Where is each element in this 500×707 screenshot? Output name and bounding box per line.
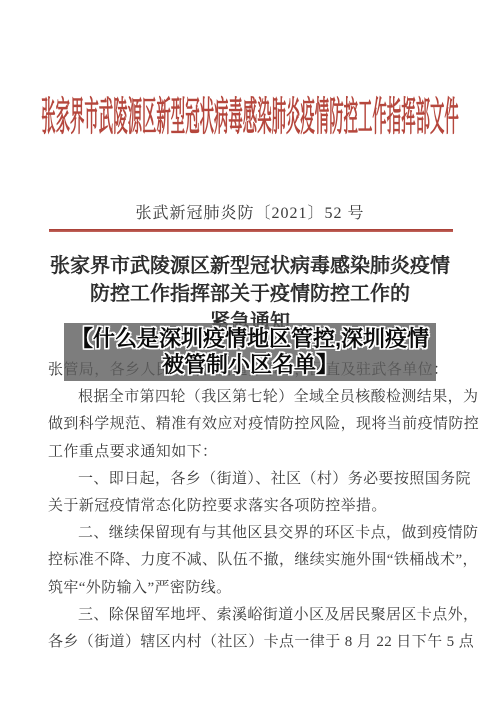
body-paragraph: 根据全市第四轮（我区第七轮）全域全员核酸检测结果，为 做到科学规范、精准有效应对… — [48, 384, 460, 466]
body-paragraph: 二、继续保留现有与其他区县交界的环区卡点，做到疫情防 控标准不降、力度不减、队伍… — [48, 520, 460, 602]
caption-overlay-text: 【什么是深圳疫情地区管控,深圳疫情 被管制小区名单】 — [0, 326, 500, 378]
letterhead-org-banner: 张家界市武陵源区新型冠状病毒感染肺炎疫情防控工作指挥部文件 — [0, 86, 500, 140]
document-number: 张武新冠肺炎防〔2021〕52 号 — [0, 200, 500, 223]
body-paragraph: 三、除保留军地坪、索溪峪街道小区及居民聚居区卡点外， 各乡（街道）辖区内村（社区… — [48, 602, 460, 656]
red-separator-line — [49, 229, 453, 232]
body-paragraph: 一、即日起，各乡（街道）、社区（村）务必要按照国务院 关于新冠疫情常态化防控要求… — [48, 466, 460, 520]
document-body: 张管局，各乡人民政府、街道办事处，区直及驻武各单位： 根据全市第四轮（我区第七轮… — [48, 357, 460, 656]
document-page: 张家界市武陵源区新型冠状病毒感染肺炎疫情防控工作指挥部文件 张武新冠肺炎防〔20… — [0, 0, 500, 707]
letterhead-org-title: 张家界市武陵源区新型冠状病毒感染肺炎疫情防控工作指挥部文件 — [41, 85, 459, 142]
